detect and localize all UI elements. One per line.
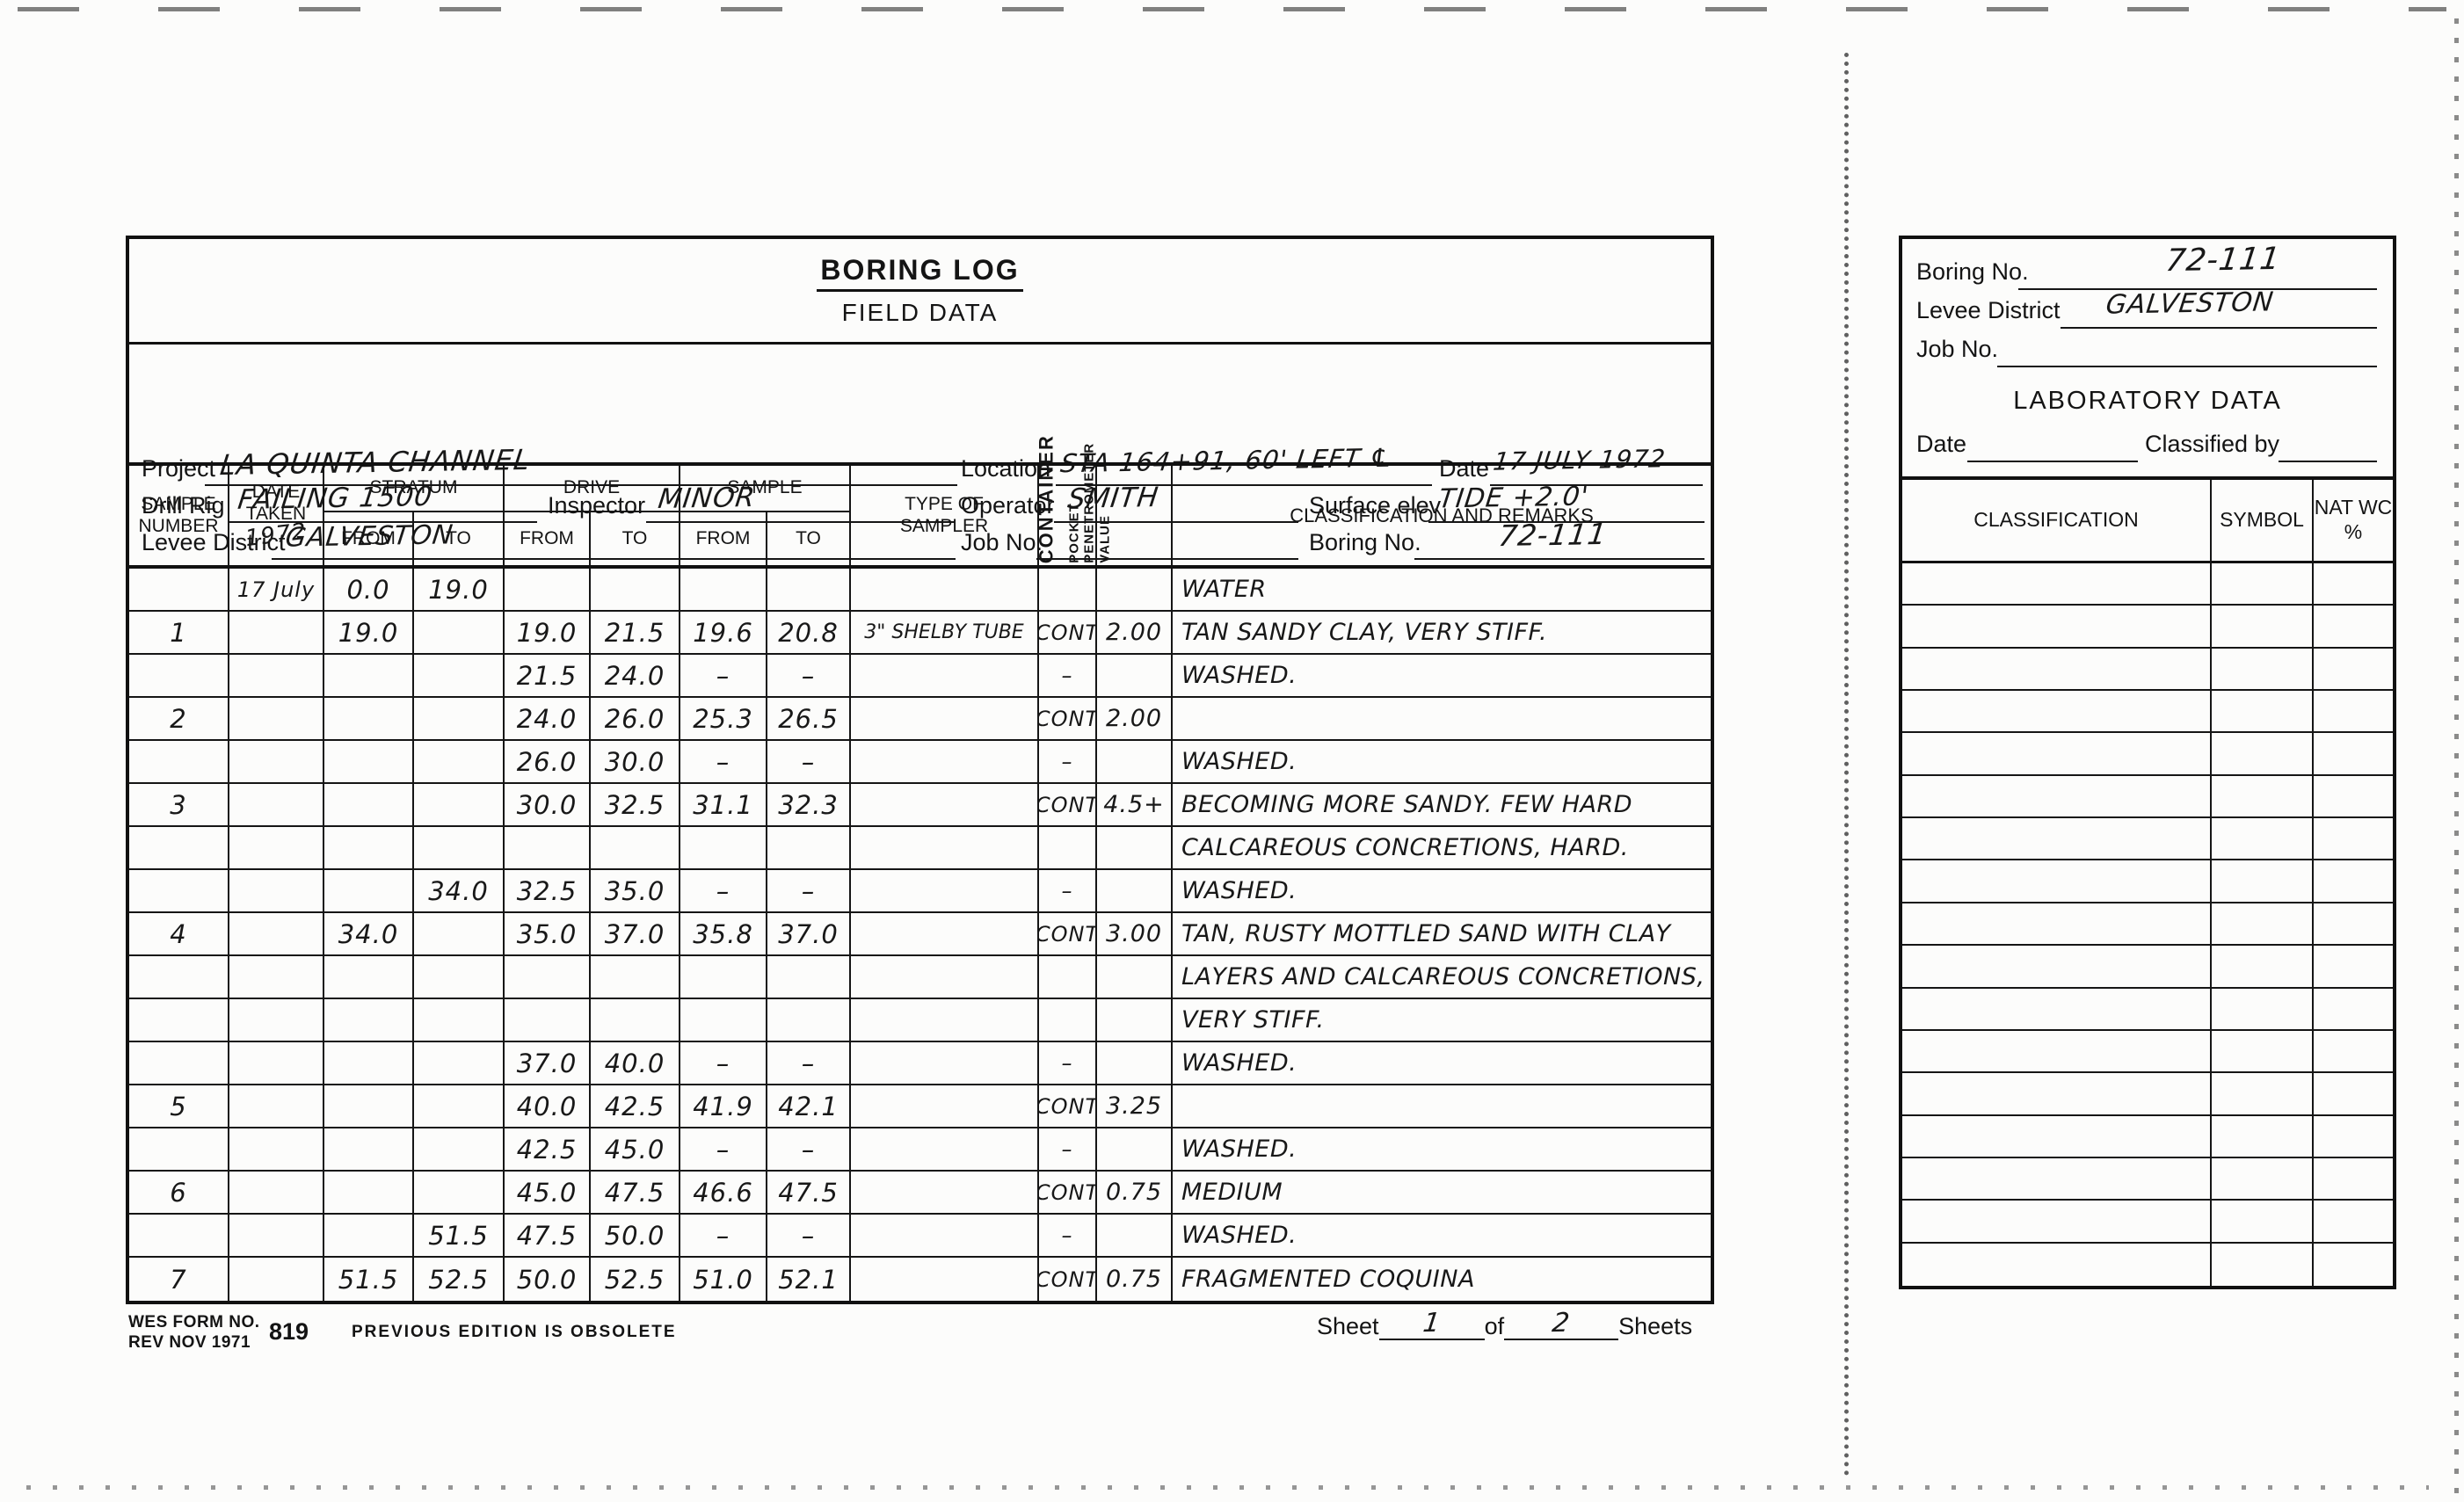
- cell-pocket: [1097, 827, 1173, 870]
- cell-remarks: TAN, RUSTY MOTTLED SAND WITH CLAY: [1173, 913, 1711, 956]
- lab-cell-nat-wc: [2314, 1244, 2393, 1286]
- sheets-total-value: 2: [1551, 1308, 1572, 1339]
- cell-samp_from: [680, 569, 767, 612]
- cell-pocket: [1097, 741, 1173, 784]
- cell-samp_from: 41.9: [680, 1085, 767, 1128]
- boring-table-header: SAMPLE NUMBER DATE TAKEN 1972 STRATUM DR…: [129, 466, 1711, 569]
- cell-container: –: [1039, 1215, 1097, 1258]
- cell-date: [229, 1258, 324, 1301]
- boring-log-form: BORING LOG FIELD DATA Project LA QUINTA …: [126, 236, 1714, 1304]
- cell-sampler: [851, 698, 1039, 741]
- lab-classified-by-label: Classified by: [2145, 431, 2279, 458]
- cell-sample: [129, 741, 229, 784]
- header-pocket-penetrometer: POCKET PENETROMETER VALUE: [1097, 466, 1173, 565]
- lab-cell-symbol: [2212, 818, 2314, 860]
- cell-remarks: WASHED.: [1173, 1042, 1711, 1085]
- cell-drive_from: 24.0: [505, 698, 591, 741]
- cell-date: [229, 698, 324, 741]
- cell-container: CONT: [1039, 784, 1097, 827]
- lab-rows: [1902, 563, 2393, 1286]
- lab-cell-classification: [1902, 818, 2212, 860]
- cell-drive_to: 52.5: [591, 1258, 680, 1301]
- cell-sampler: [851, 827, 1039, 870]
- lab-levee-district-label: Levee District: [1916, 297, 2061, 324]
- cell-strat_from: [324, 1042, 414, 1085]
- form-number-block: WES FORM NO. REV NOV 1971: [128, 1313, 260, 1353]
- cell-sampler: [851, 741, 1039, 784]
- lab-cell-nat-wc: [2314, 649, 2393, 691]
- cell-pocket: 0.75: [1097, 1258, 1173, 1301]
- cell-date: [229, 784, 324, 827]
- lab-cell-symbol: [2212, 1158, 2314, 1201]
- cell-drive_from: 50.0: [505, 1258, 591, 1301]
- header-date-taken: DATE TAKEN 1972: [229, 466, 324, 565]
- form-header-fields: Project LA QUINTA CHANNEL Location STA 1…: [129, 342, 1711, 462]
- cell-strat_from: [324, 1085, 414, 1128]
- cell-strat_to: [414, 827, 505, 870]
- cell-samp_to: –: [767, 1128, 851, 1172]
- cell-sampler: [851, 569, 1039, 612]
- cell-drive_to: [591, 569, 680, 612]
- cell-sample: 4: [129, 913, 229, 956]
- cell-strat_to: [414, 1128, 505, 1172]
- cell-drive_to: 50.0: [591, 1215, 680, 1258]
- cell-strat_to: [414, 612, 505, 655]
- lab-cell-nat-wc: [2314, 691, 2393, 733]
- sheet-number-underline: 1: [1379, 1308, 1485, 1340]
- lab-date-underline: [1967, 431, 2138, 462]
- cell-sampler: [851, 870, 1039, 913]
- lab-cell-nat-wc: [2314, 1116, 2393, 1158]
- cell-date: [229, 741, 324, 784]
- cell-samp_from: 46.6: [680, 1172, 767, 1215]
- cell-sample: [129, 1215, 229, 1258]
- cell-strat_to: [414, 956, 505, 999]
- cell-remarks: CALCAREOUS CONCRETIONS, HARD.: [1173, 827, 1711, 870]
- lab-cell-classification: [1902, 1116, 2212, 1158]
- cell-remarks: [1173, 698, 1711, 741]
- header-sample-number: SAMPLE NUMBER: [129, 466, 229, 565]
- lab-table-header: CLASSIFICATION SYMBOL NAT WC %: [1902, 480, 2393, 563]
- cell-drive_from: [505, 569, 591, 612]
- cell-strat_to: 19.0: [414, 569, 505, 612]
- lab-job-no-label: Job No.: [1916, 336, 1998, 363]
- cell-pocket: 0.75: [1097, 1172, 1173, 1215]
- lab-cell-symbol: [2212, 860, 2314, 903]
- header-container-vertical-text: CONTAINER: [1036, 388, 1058, 563]
- cell-sample: [129, 1128, 229, 1172]
- cell-samp_to: –: [767, 741, 851, 784]
- boring-log-table: SAMPLE NUMBER DATE TAKEN 1972 STRATUM DR…: [129, 462, 1711, 1301]
- cell-strat_from: [324, 956, 414, 999]
- lab-cell-classification: [1902, 606, 2212, 648]
- cell-samp_to: –: [767, 1215, 851, 1258]
- cell-container: –: [1039, 1042, 1097, 1085]
- cell-samp_to: 26.5: [767, 698, 851, 741]
- form-title: BORING LOG: [817, 254, 1022, 292]
- lab-cell-nat-wc: [2314, 860, 2393, 903]
- cell-strat_to: 34.0: [414, 870, 505, 913]
- lab-cell-classification: [1902, 1073, 2212, 1115]
- cell-samp_from: 25.3: [680, 698, 767, 741]
- cell-samp_from: 31.1: [680, 784, 767, 827]
- cell-drive_from: 21.5: [505, 655, 591, 698]
- lab-cell-symbol: [2212, 1244, 2314, 1286]
- lab-cell-classification: [1902, 776, 2212, 818]
- cell-drive_to: 35.0: [591, 870, 680, 913]
- cell-samp_from: 19.6: [680, 612, 767, 655]
- lab-cell-symbol: [2212, 691, 2314, 733]
- header-sample-to: TO: [767, 512, 851, 565]
- cell-strat_from: [324, 741, 414, 784]
- lab-cell-symbol: [2212, 776, 2314, 818]
- cell-sample: [129, 870, 229, 913]
- cell-drive_from: 35.0: [505, 913, 591, 956]
- lab-cell-nat-wc: [2314, 606, 2393, 648]
- cell-remarks: BECOMING MORE SANDY. FEW HARD: [1173, 784, 1711, 827]
- cell-sampler: [851, 1172, 1039, 1215]
- cell-container: –: [1039, 1128, 1097, 1172]
- cell-date: [229, 1042, 324, 1085]
- cell-container: CONT: [1039, 913, 1097, 956]
- cell-sample: 7: [129, 1258, 229, 1301]
- cell-remarks: TAN SANDY CLAY, VERY STIFF.: [1173, 612, 1711, 655]
- cell-date: [229, 827, 324, 870]
- cell-strat_from: 34.0: [324, 913, 414, 956]
- cell-pocket: [1097, 870, 1173, 913]
- cell-strat_from: 51.5: [324, 1258, 414, 1301]
- lab-classified-by-underline: [2279, 431, 2377, 462]
- cell-remarks: FRAGMENTED COQUINA: [1173, 1258, 1711, 1301]
- lab-cell-nat-wc: [2314, 1201, 2393, 1243]
- lab-boring-no-label: Boring No.: [1916, 258, 2029, 286]
- cell-sample: 5: [129, 1085, 229, 1128]
- wes-form-no: WES FORM NO.: [128, 1313, 260, 1333]
- cell-samp_to: –: [767, 655, 851, 698]
- cell-sampler: [851, 1215, 1039, 1258]
- cell-pocket: 3.25: [1097, 1085, 1173, 1128]
- header-sample-group: SAMPLE: [680, 466, 851, 512]
- lab-cell-nat-wc: [2314, 776, 2393, 818]
- cell-sample: 6: [129, 1172, 229, 1215]
- cell-drive_to: 37.0: [591, 913, 680, 956]
- cell-samp_to: 42.1: [767, 1085, 851, 1128]
- lab-cell-classification: [1902, 1244, 2212, 1286]
- cell-drive_from: 45.0: [505, 1172, 591, 1215]
- cell-pocket: 2.00: [1097, 612, 1173, 655]
- cell-pocket: 2.00: [1097, 698, 1173, 741]
- cell-sample: [129, 827, 229, 870]
- lab-cell-classification: [1902, 989, 2212, 1031]
- lab-title: LABORATORY DATA: [1902, 387, 2393, 416]
- cell-drive_from: 19.0: [505, 612, 591, 655]
- cell-date: [229, 913, 324, 956]
- lab-cell-classification: [1902, 733, 2212, 775]
- cell-sampler: [851, 913, 1039, 956]
- cell-samp_to: –: [767, 1042, 851, 1085]
- cell-drive_to: 42.5: [591, 1085, 680, 1128]
- lab-header-classification: CLASSIFICATION: [1902, 480, 2212, 561]
- cell-samp_to: [767, 999, 851, 1042]
- cell-sample: [129, 569, 229, 612]
- header-sample-from: FROM: [680, 512, 767, 565]
- cell-samp_to: 37.0: [767, 913, 851, 956]
- cell-container: [1039, 999, 1097, 1042]
- sheet-count-line: Sheet 1 of 2 Sheets: [1317, 1308, 1692, 1340]
- cell-container: CONT: [1039, 1172, 1097, 1215]
- cell-sample: 2: [129, 698, 229, 741]
- cell-drive_to: [591, 827, 680, 870]
- cell-sample: 3: [129, 784, 229, 827]
- cell-drive_to: 45.0: [591, 1128, 680, 1172]
- header-drive-to: TO: [591, 512, 680, 565]
- cell-date: [229, 1085, 324, 1128]
- cell-sampler: [851, 1085, 1039, 1128]
- cell-samp_from: –: [680, 870, 767, 913]
- cell-strat_to: 52.5: [414, 1258, 505, 1301]
- cell-strat_from: [324, 870, 414, 913]
- cell-samp_to: 52.1: [767, 1258, 851, 1301]
- cell-drive_from: 26.0: [505, 741, 591, 784]
- cell-samp_from: 35.8: [680, 913, 767, 956]
- cell-date: 17 July: [229, 569, 324, 612]
- lab-cell-classification: [1902, 1201, 2212, 1243]
- cell-strat_from: [324, 999, 414, 1042]
- cell-remarks: WASHED.: [1173, 870, 1711, 913]
- lab-cell-symbol: [2212, 1073, 2314, 1115]
- cell-drive_from: 42.5: [505, 1128, 591, 1172]
- cell-sample: [129, 1042, 229, 1085]
- cell-sampler: [851, 1042, 1039, 1085]
- cell-drive_to: 30.0: [591, 741, 680, 784]
- lab-job-no-underline: [1997, 336, 2377, 367]
- lab-cell-symbol: [2212, 733, 2314, 775]
- cell-container: CONT: [1039, 1085, 1097, 1128]
- rev-date: REV NOV 1971: [128, 1333, 260, 1353]
- lab-levee-district-value: GALVESTON: [2106, 288, 2273, 319]
- scan-artifact-top-edge: [18, 7, 2446, 11]
- cell-drive_from: 47.5: [505, 1215, 591, 1258]
- cell-strat_from: [324, 1128, 414, 1172]
- cell-drive_from: 40.0: [505, 1085, 591, 1128]
- header-stratum-group: STRATUM: [324, 466, 505, 512]
- lab-cell-symbol: [2212, 903, 2314, 946]
- cell-samp_from: –: [680, 1042, 767, 1085]
- obsolete-note: PREVIOUS EDITION IS OBSOLETE: [352, 1323, 677, 1342]
- lab-cell-nat-wc: [2314, 563, 2393, 606]
- cell-remarks: [1173, 1085, 1711, 1128]
- cell-samp_from: –: [680, 1128, 767, 1172]
- cell-drive_to: [591, 999, 680, 1042]
- cell-strat_to: 51.5: [414, 1215, 505, 1258]
- lab-header-nat-wc: NAT WC %: [2314, 480, 2393, 561]
- lab-cell-classification: [1902, 860, 2212, 903]
- cell-drive_to: 26.0: [591, 698, 680, 741]
- header-date-taken-year: 1972: [243, 519, 308, 553]
- cell-strat_from: [324, 1172, 414, 1215]
- form-title-block: BORING LOG FIELD DATA: [129, 239, 1711, 345]
- cell-remarks: LAYERS AND CALCAREOUS CONCRETIONS,: [1173, 956, 1711, 999]
- scan-artifact-right-edge: [2454, 9, 2459, 1493]
- laboratory-data-panel: Boring No. 72-111 Levee District GALVEST…: [1899, 236, 2396, 1289]
- cell-container: [1039, 569, 1097, 612]
- cell-samp_from: [680, 827, 767, 870]
- cell-strat_from: 19.0: [324, 612, 414, 655]
- lab-cell-nat-wc: [2314, 1031, 2393, 1073]
- sheets-total-underline: 2: [1504, 1308, 1618, 1340]
- cell-samp_from: [680, 956, 767, 999]
- lab-cell-nat-wc: [2314, 1073, 2393, 1115]
- header-pocket-vertical-text: POCKET PENETROMETER VALUE: [1066, 396, 1112, 563]
- cell-drive_from: 32.5: [505, 870, 591, 913]
- cell-container: CONT: [1039, 1258, 1097, 1301]
- cell-samp_to: –: [767, 870, 851, 913]
- cell-pocket: 3.00: [1097, 913, 1173, 956]
- cell-drive_to: 21.5: [591, 612, 680, 655]
- sheets-label: Sheets: [1618, 1313, 1692, 1340]
- cell-strat_to: [414, 741, 505, 784]
- cell-strat_from: [324, 784, 414, 827]
- lab-boring-no-value: 72-111: [2166, 243, 2280, 278]
- header-classification-remarks: CLASSIFICATION AND REMARKS: [1173, 466, 1711, 565]
- lab-cell-classification: [1902, 649, 2212, 691]
- of-label: of: [1485, 1313, 1505, 1340]
- cell-samp_from: –: [680, 1215, 767, 1258]
- cell-samp_to: [767, 956, 851, 999]
- cell-samp_to: 20.8: [767, 612, 851, 655]
- cell-drive_from: [505, 827, 591, 870]
- form-subtitle: FIELD DATA: [842, 299, 999, 327]
- cell-sampler: 3" SHELBY TUBE: [851, 612, 1039, 655]
- cell-pocket: [1097, 956, 1173, 999]
- lab-cell-nat-wc: [2314, 903, 2393, 946]
- lab-table: CLASSIFICATION SYMBOL NAT WC %: [1902, 476, 2393, 1286]
- sheet-label: Sheet: [1317, 1313, 1379, 1340]
- lab-header-symbol: SYMBOL: [2212, 480, 2314, 561]
- cell-remarks: MEDIUM: [1173, 1172, 1711, 1215]
- lab-cell-classification: [1902, 903, 2212, 946]
- sheet-number-value: 1: [1421, 1308, 1442, 1339]
- cell-samp_to: [767, 569, 851, 612]
- cell-pocket: [1097, 999, 1173, 1042]
- cell-drive_from: 30.0: [505, 784, 591, 827]
- cell-container: CONT: [1039, 698, 1097, 741]
- lab-cell-symbol: [2212, 989, 2314, 1031]
- cell-remarks: WASHED.: [1173, 655, 1711, 698]
- cell-pocket: [1097, 569, 1173, 612]
- cell-container: [1039, 956, 1097, 999]
- cell-strat_from: [324, 698, 414, 741]
- cell-remarks: WASHED.: [1173, 1215, 1711, 1258]
- cell-strat_to: [414, 784, 505, 827]
- cell-pocket: 4.5+: [1097, 784, 1173, 827]
- lab-cell-nat-wc: [2314, 946, 2393, 988]
- lab-cell-symbol: [2212, 649, 2314, 691]
- cell-pocket: [1097, 1128, 1173, 1172]
- cell-container: –: [1039, 741, 1097, 784]
- cell-drive_from: 37.0: [505, 1042, 591, 1085]
- cell-drive_from: [505, 956, 591, 999]
- cell-container: –: [1039, 870, 1097, 913]
- cell-samp_to: 32.3: [767, 784, 851, 827]
- lab-cell-classification: [1902, 563, 2212, 606]
- cell-container: –: [1039, 655, 1097, 698]
- lab-cell-symbol: [2212, 946, 2314, 988]
- cell-date: [229, 1128, 324, 1172]
- cell-date: [229, 999, 324, 1042]
- lab-cell-classification: [1902, 1158, 2212, 1201]
- scan-artifact-bottom-edge: [26, 1485, 2429, 1490]
- cell-strat_to: [414, 913, 505, 956]
- lab-cell-classification: [1902, 691, 2212, 733]
- cell-sample: 1: [129, 612, 229, 655]
- lab-cell-symbol: [2212, 1031, 2314, 1073]
- lab-date-label: Date: [1916, 431, 1966, 458]
- cell-samp_to: [767, 827, 851, 870]
- header-stratum-to: TO: [414, 512, 505, 565]
- cell-sampler: [851, 1258, 1039, 1301]
- cell-sample: [129, 999, 229, 1042]
- scanned-boring-log-page: BORING LOG FIELD DATA Project LA QUINTA …: [0, 0, 2464, 1502]
- cell-remarks: WATER: [1173, 569, 1711, 612]
- header-drive-from: FROM: [505, 512, 591, 565]
- cell-pocket: [1097, 1215, 1173, 1258]
- cell-samp_from: 51.0: [680, 1258, 767, 1301]
- cell-drive_from: [505, 999, 591, 1042]
- lab-cell-symbol: [2212, 1201, 2314, 1243]
- form-number: 819: [269, 1318, 309, 1346]
- cell-sampler: [851, 999, 1039, 1042]
- cell-remarks: WASHED.: [1173, 741, 1711, 784]
- cell-strat_from: [324, 655, 414, 698]
- lab-cell-symbol: [2212, 606, 2314, 648]
- page-perforation-separator: [1844, 53, 1849, 1477]
- cell-strat_from: [324, 827, 414, 870]
- cell-samp_from: –: [680, 655, 767, 698]
- cell-strat_from: [324, 1215, 414, 1258]
- cell-date: [229, 870, 324, 913]
- cell-sampler: [851, 956, 1039, 999]
- cell-pocket: [1097, 1042, 1173, 1085]
- cell-strat_to: [414, 1042, 505, 1085]
- lab-cell-symbol: [2212, 563, 2314, 606]
- cell-date: [229, 956, 324, 999]
- cell-strat_from: 0.0: [324, 569, 414, 612]
- cell-date: [229, 655, 324, 698]
- header-type-of-sampler: TYPE OF SAMPLER: [851, 466, 1039, 565]
- cell-samp_from: [680, 999, 767, 1042]
- cell-remarks: WASHED.: [1173, 1128, 1711, 1172]
- cell-strat_to: [414, 655, 505, 698]
- cell-samp_to: 47.5: [767, 1172, 851, 1215]
- cell-remarks: VERY STIFF.: [1173, 999, 1711, 1042]
- cell-date: [229, 1172, 324, 1215]
- cell-pocket: [1097, 655, 1173, 698]
- lab-cell-nat-wc: [2314, 989, 2393, 1031]
- cell-strat_to: [414, 1085, 505, 1128]
- cell-strat_to: [414, 999, 505, 1042]
- lab-cell-classification: [1902, 946, 2212, 988]
- cell-date: [229, 1215, 324, 1258]
- lab-cell-nat-wc: [2314, 818, 2393, 860]
- cell-date: [229, 612, 324, 655]
- cell-drive_to: [591, 956, 680, 999]
- cell-container: [1039, 827, 1097, 870]
- cell-drive_to: 24.0: [591, 655, 680, 698]
- cell-samp_from: –: [680, 741, 767, 784]
- cell-drive_to: 32.5: [591, 784, 680, 827]
- header-stratum-from: FROM: [324, 512, 414, 565]
